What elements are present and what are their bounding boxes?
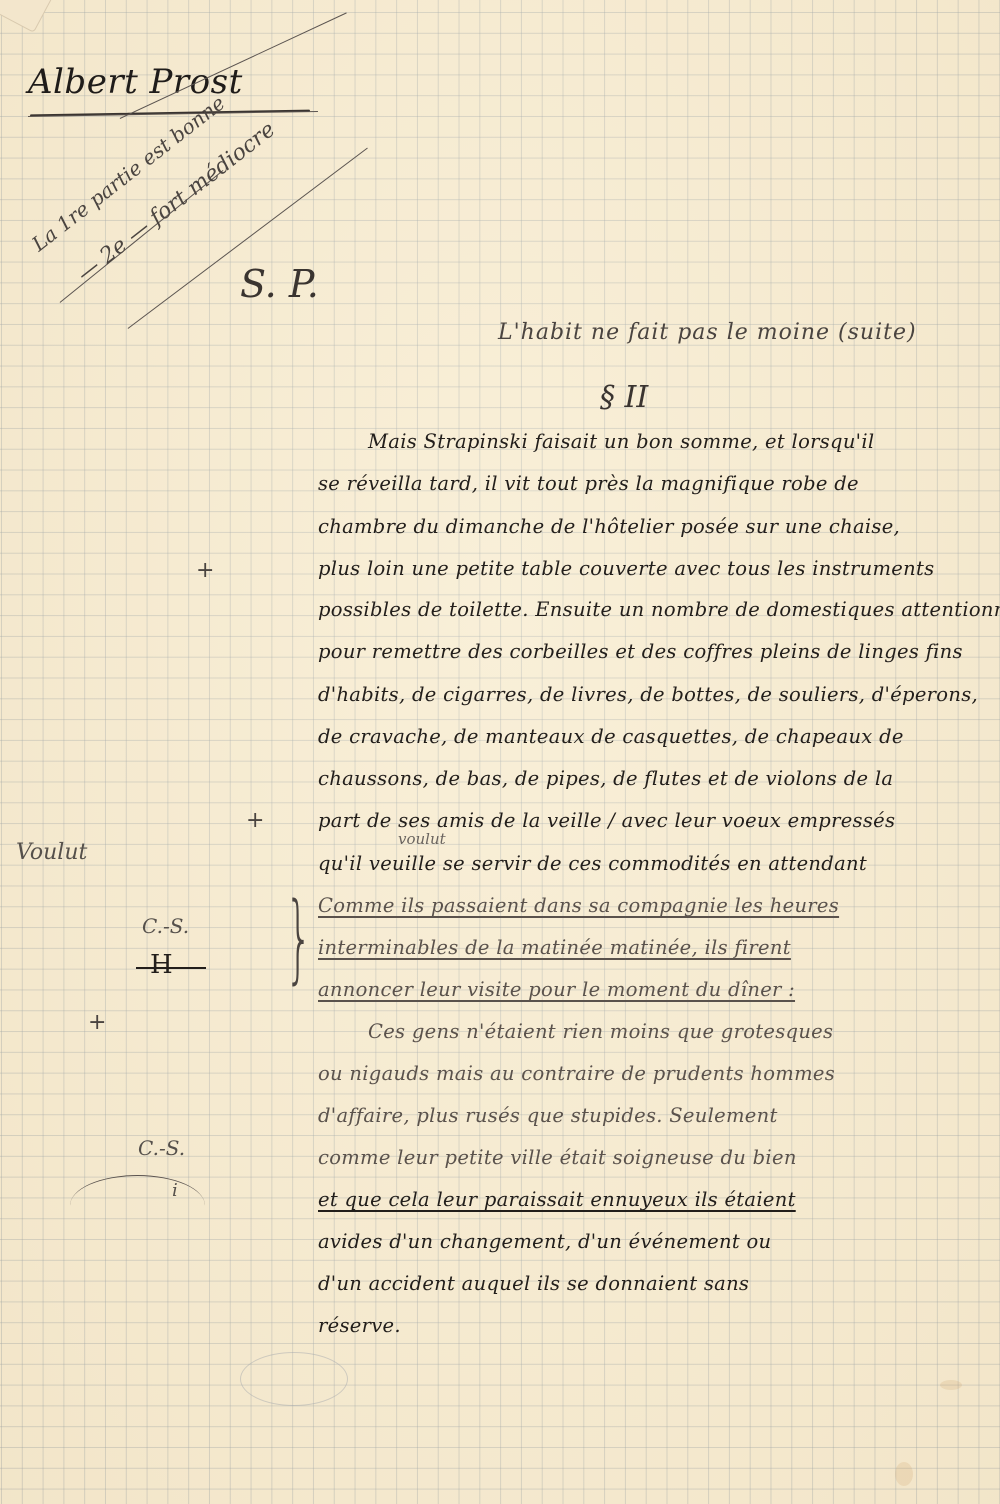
paper-stain bbox=[940, 1380, 962, 1390]
strike-stroke bbox=[136, 967, 206, 969]
body-line: ou nigauds mais au contraire de prudents… bbox=[318, 1062, 835, 1085]
body-line: part de ses amis de la veille / avec leu… bbox=[318, 809, 895, 832]
library-stamp bbox=[240, 1352, 348, 1406]
evaluator-initials: S. P. bbox=[240, 262, 319, 306]
body-line-text: Mais Strapinski faisait un bon somme, et… bbox=[368, 430, 874, 453]
margin-mark-cs: C.-S. bbox=[138, 1136, 185, 1160]
body-line: plus loin une petite table couverte avec… bbox=[318, 557, 934, 580]
margin-arc bbox=[70, 1175, 205, 1236]
body-line: et que cela leur paraissait ennuyeux ils… bbox=[318, 1188, 796, 1211]
body-line: pour remettre des corbeilles et des coff… bbox=[318, 640, 963, 663]
body-line: possibles de toilette. Ensuite un nombre… bbox=[318, 598, 1000, 621]
paper-stain bbox=[895, 1462, 913, 1486]
body-line: d'habits, de cigarres, de livres, de bot… bbox=[318, 683, 978, 706]
margin-cross-mark: + bbox=[88, 1010, 106, 1035]
margin-cross-mark: + bbox=[246, 808, 264, 833]
body-line: interminables de la matinée matinée, ils… bbox=[318, 936, 791, 959]
body-line: avides d'un changement, d'un événement o… bbox=[318, 1230, 771, 1253]
margin-mark-cs: C.-S. bbox=[142, 914, 189, 938]
body-line: chaussons, de bas, de pipes, de flutes e… bbox=[318, 767, 893, 790]
body-line: annoncer leur visite pour le moment du d… bbox=[318, 978, 795, 1001]
margin-mark-h: H bbox=[150, 950, 173, 980]
margin-cross-mark: + bbox=[196, 558, 214, 583]
body-line: réserve. bbox=[318, 1314, 401, 1337]
paper-corner-tab bbox=[0, 0, 54, 33]
body-line: Ces gens n'étaient rien moins que grotes… bbox=[368, 1020, 833, 1043]
body-line: se réveilla tard, il vit tout près la ma… bbox=[318, 472, 859, 495]
body-line: comme leur petite ville était soigneuse … bbox=[318, 1146, 797, 1169]
interlinear-correction: voulut bbox=[398, 830, 446, 848]
body-line: chambre du dimanche de l'hôtelier posée … bbox=[318, 515, 900, 538]
section-mark: § II bbox=[600, 380, 648, 415]
body-line: d'affaire, plus rusés que stupides. Seul… bbox=[318, 1104, 778, 1127]
body-line: Mais Strapinski faisait un bon somme, et… bbox=[368, 430, 874, 453]
page-title: L'habit ne fait pas le moine (suite) bbox=[498, 320, 917, 345]
body-line: qu'il veuille se servir de ces commodité… bbox=[318, 852, 867, 875]
margin-brace: } bbox=[285, 882, 312, 994]
body-line: Comme ils passaient dans sa compagnie le… bbox=[318, 894, 839, 917]
body-line: d'un accident auquel ils se donnaient sa… bbox=[318, 1272, 749, 1295]
margin-mark-i: i bbox=[172, 1180, 178, 1201]
margin-correction-voulut: Voulut bbox=[16, 840, 87, 865]
body-line: de cravache, de manteaux de casquettes, … bbox=[318, 725, 904, 748]
